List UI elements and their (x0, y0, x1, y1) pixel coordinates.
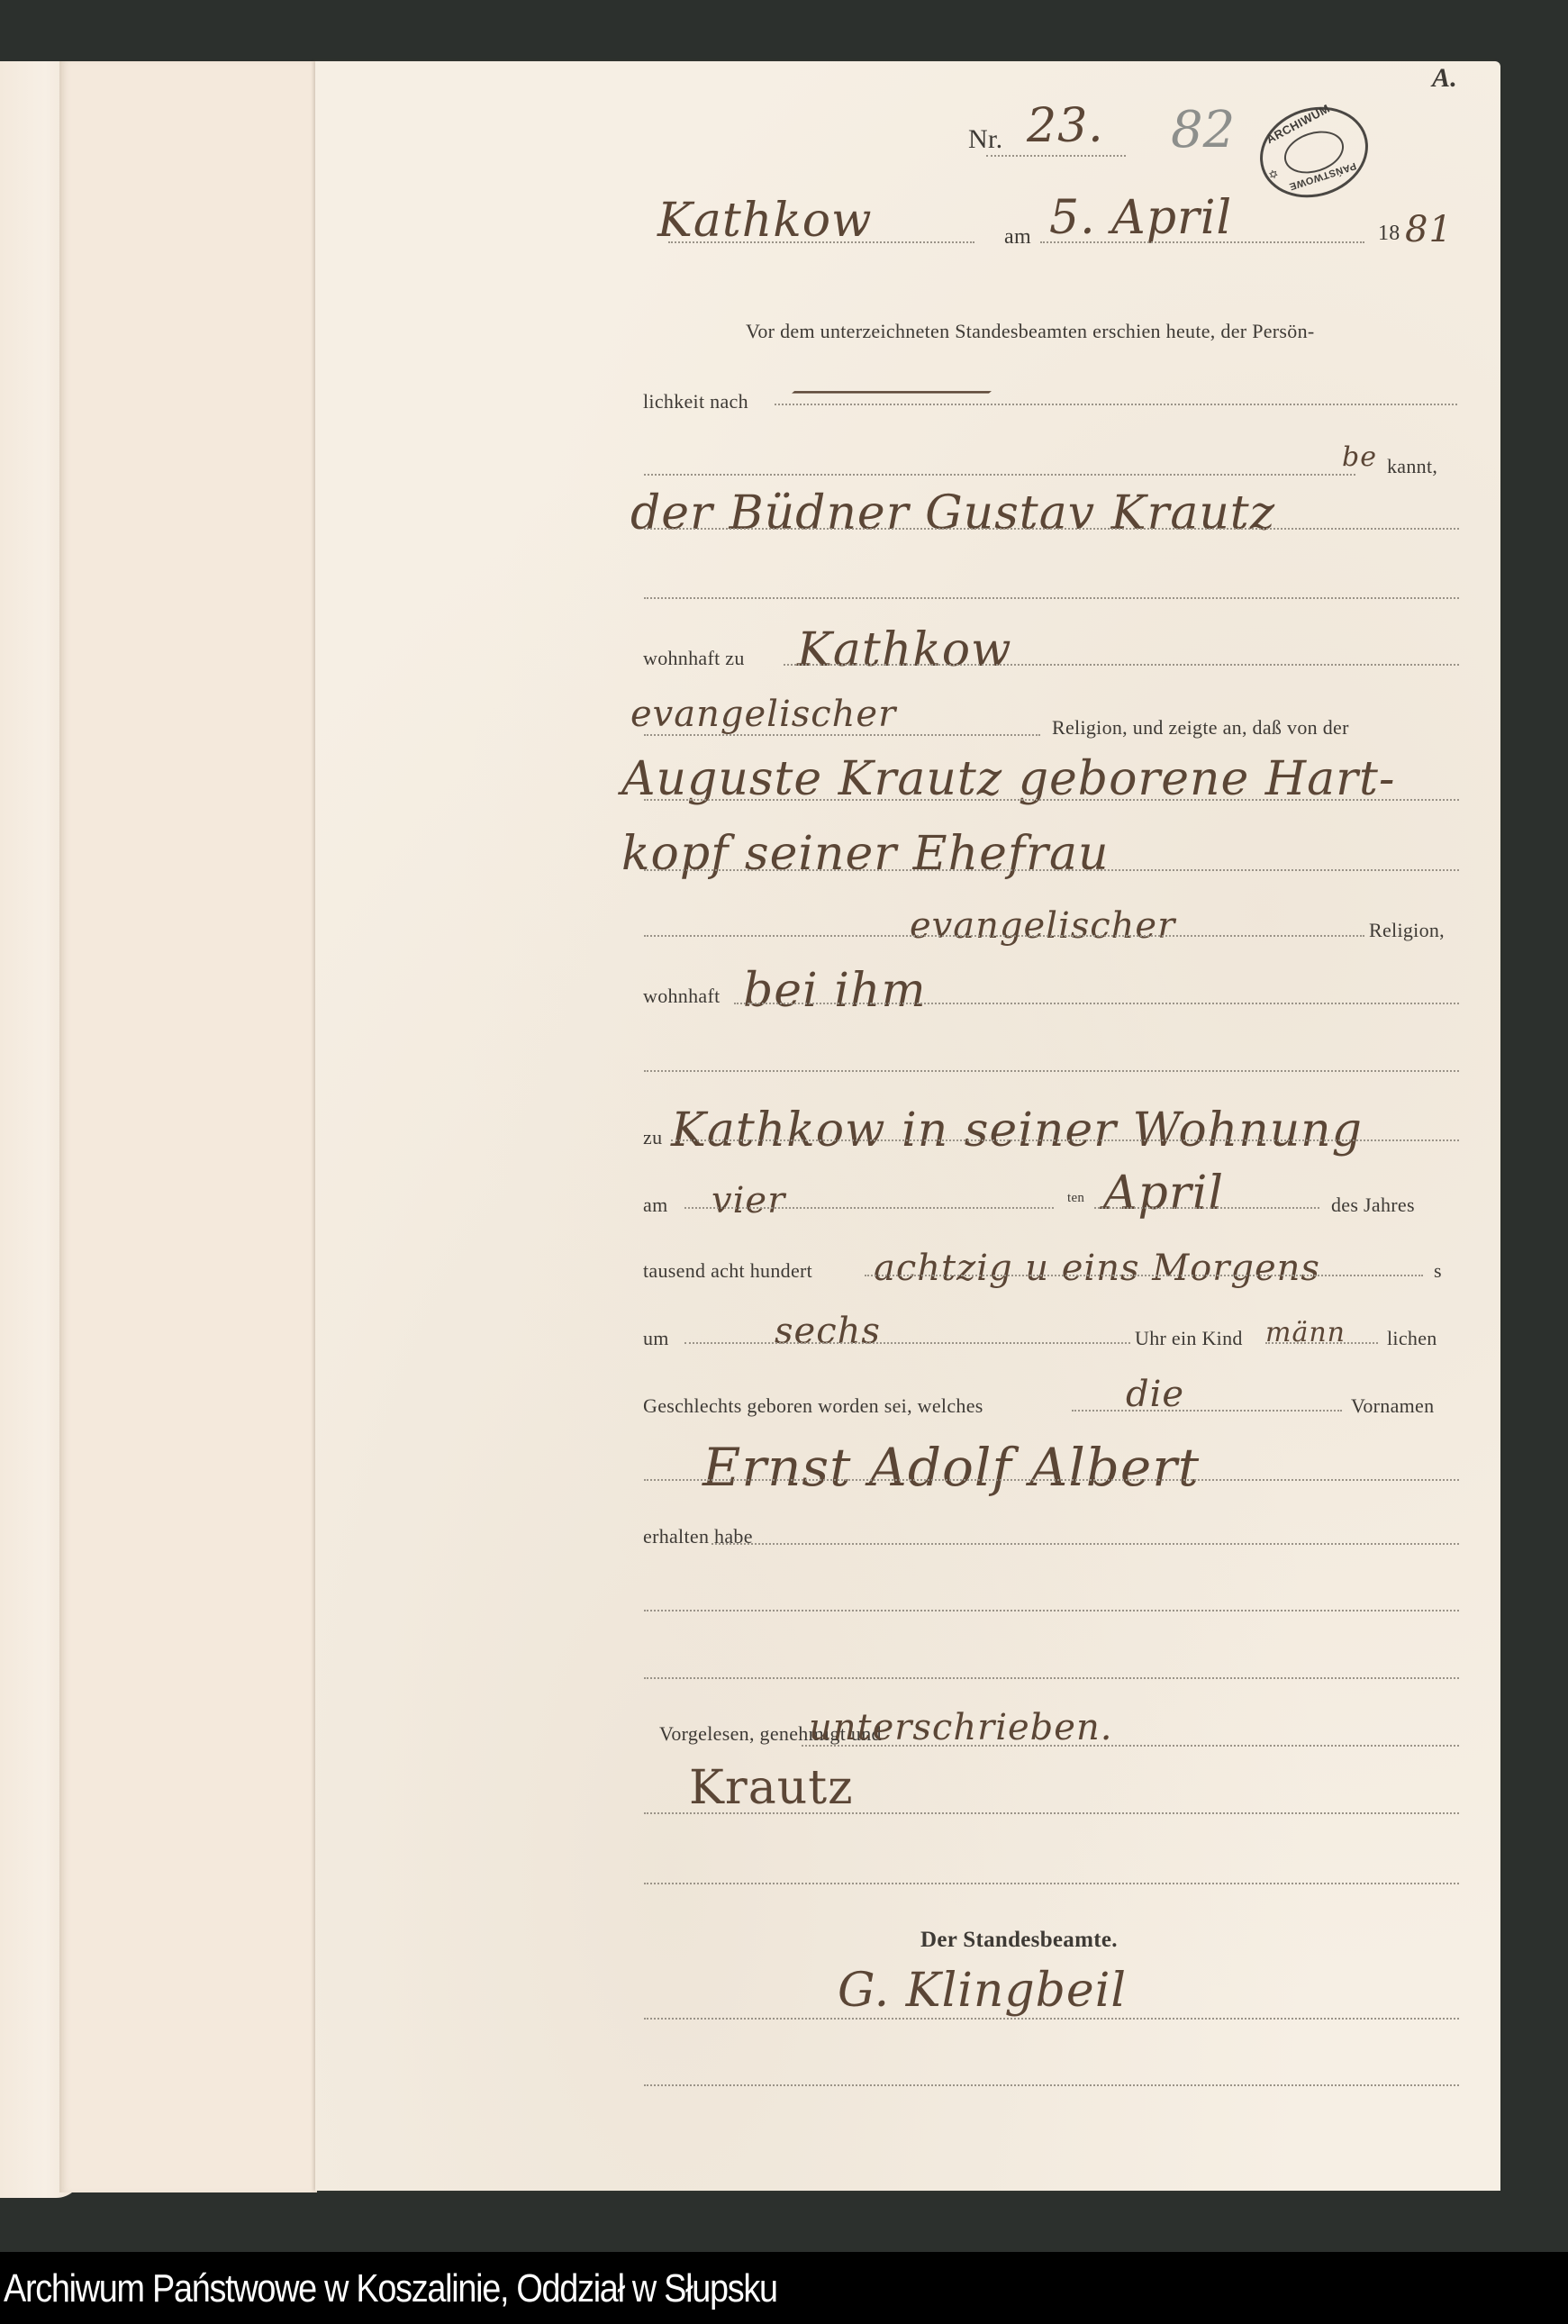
religion1-rule (644, 734, 1040, 736)
birth-year-label: tausend acht hundert (643, 1259, 812, 1283)
birth-day-field: vier (711, 1180, 785, 1221)
birth-year-field: achtzig u eins Morgens (874, 1248, 1320, 1289)
birth-year-suffix: s (1434, 1259, 1442, 1283)
am-label: am (1004, 225, 1031, 250)
blank-rule-5 (644, 1883, 1459, 1884)
erhalten-rule (711, 1543, 1459, 1545)
official-rule-2 (644, 2084, 1459, 2086)
um-label: um (643, 1327, 669, 1350)
star-icon: ✡ (1266, 167, 1280, 184)
year-prefix: 18 (1378, 222, 1400, 246)
residence-label: wohnhaft zu (643, 647, 745, 670)
record-number-label: Nr. (968, 124, 1002, 155)
declarant-rule (644, 528, 1459, 530)
year-suffix: 81 (1405, 209, 1453, 250)
blank-rule-2 (644, 1070, 1459, 1072)
mother-residence-rule (734, 1003, 1459, 1004)
intro-line-1: Vor dem unterzeichneten Standesbeamten e… (746, 320, 1315, 343)
bekannt-hand: be (1342, 441, 1377, 473)
record-number-rule (986, 155, 1126, 157)
pencil-annotation: 82 (1171, 101, 1235, 159)
birth-month-field: April (1103, 1167, 1224, 1221)
declarant-signature: Krautz (689, 1761, 854, 1815)
mother-religion-field: evangelischer (910, 905, 1175, 947)
mother-residence-label: wohnhaft (643, 985, 721, 1008)
page-gutter (59, 61, 317, 2192)
mother-line-1: Auguste Krautz geborene Hart- (621, 752, 1395, 806)
blank-rule-1 (644, 597, 1459, 599)
religion2-rule (644, 935, 1364, 937)
intro-rule-2 (644, 474, 1355, 476)
des-jahres-label: des Jahres (1331, 1194, 1415, 1217)
official-title: Der Standesbeamte. (920, 1928, 1118, 1953)
birth-day-rule (684, 1207, 1054, 1209)
birthplace-label: zu (643, 1126, 662, 1149)
residence-field: Kathkow (797, 623, 1012, 677)
gender-line-label: Geschlechts geboren worden sei, welches (643, 1394, 983, 1418)
birthplace-rule (671, 1139, 1459, 1141)
closing-rule (802, 1745, 1459, 1747)
archive-caption-text: Archiwum Państwowe w Koszalinie, Oddział… (4, 2266, 777, 2311)
official-rule-1 (644, 2018, 1459, 2020)
date-field: 5. April (1049, 191, 1232, 245)
lichen-label: lichen (1387, 1327, 1437, 1350)
mother-rule-2 (644, 869, 1459, 871)
place-rule (668, 241, 974, 243)
religion1-label: Religion, und zeigte an, daß von der (1052, 716, 1349, 740)
sex-rule (1265, 1342, 1378, 1344)
declarant-field: der Büdner Gustav Krautz (630, 486, 1275, 540)
mother-residence-field: bei ihm (743, 964, 927, 1018)
intro-line-2-label: lichkeit nach (643, 390, 748, 413)
blank-rule-3 (644, 1610, 1459, 1611)
bekannt-print: kannt, (1387, 455, 1437, 478)
names-article-rule (1072, 1410, 1342, 1412)
birth-hour-rule (684, 1342, 1130, 1344)
mother-line-2: kopf seiner Ehefrau (621, 827, 1109, 881)
closing-field: unterschrieben. (809, 1707, 1112, 1748)
archive-caption-bar: Archiwum Państwowe w Koszalinie, Oddział… (0, 2252, 1568, 2324)
birthplace-field: Kathkow in seiner Wohnung (671, 1103, 1363, 1157)
blank-rule-4 (644, 1677, 1459, 1679)
place-field: Kathkow (657, 194, 873, 248)
sheet-marker: A. (1432, 63, 1457, 94)
erhalten-label: erhalten habe (643, 1525, 753, 1548)
mother-rule-1 (644, 799, 1459, 801)
child-names-field: Ernst Adolf Albert (702, 1437, 1200, 1498)
intro-rule-1 (775, 404, 1457, 405)
birth-year-rule (865, 1275, 1423, 1276)
religion2-label: Religion, (1369, 919, 1445, 942)
residence-rule (784, 664, 1459, 666)
birth-month-rule (1094, 1207, 1319, 1209)
vornamen-label: Vornamen (1351, 1394, 1434, 1418)
uhr-label: Uhr ein Kind (1135, 1327, 1243, 1350)
child-names-rule (644, 1479, 1459, 1481)
record-number: 23. (1027, 99, 1104, 153)
declarant-religion-field: evangelischer (630, 694, 896, 735)
ten-label: ten (1067, 1191, 1084, 1206)
declarant-signature-rule (644, 1812, 1459, 1814)
date-rule (1040, 241, 1364, 243)
birth-hour-field: sechs (775, 1311, 881, 1352)
official-signature: G. Klingbeil (838, 1964, 1127, 2018)
birth-date-am-label: am (643, 1194, 667, 1217)
